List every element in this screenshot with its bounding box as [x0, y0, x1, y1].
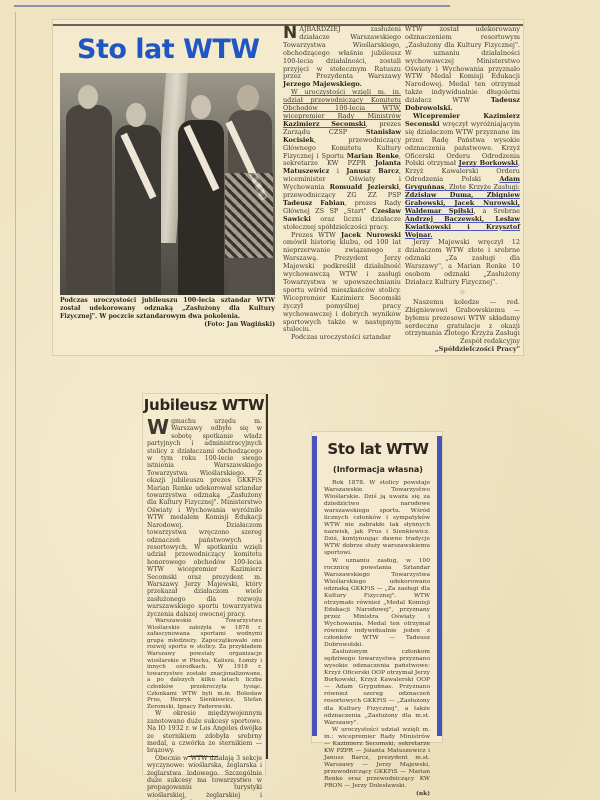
person-head: [237, 85, 259, 111]
author-signature: (nk): [324, 790, 430, 797]
clipping-sto-lat-wtw-main: Sto lat WTW Podczas uroczystości jubileu…: [53, 20, 523, 355]
clipping-jubileusz-wtw: Jubileusz WTW Wgmachu urzędu m. Warszawy…: [143, 394, 265, 774]
drop-cap: N: [283, 26, 297, 41]
vertical-rule: [266, 394, 268, 759]
article-body: Wgmachu urzędu m. Warszawy odbyło się w …: [147, 418, 262, 800]
article-body: Rok 1878. W stolicy powstaje Warszawskie…: [324, 480, 430, 797]
subheadline: (Informacja własna): [322, 465, 434, 474]
person-head: [126, 103, 146, 127]
article-column-2: WTW został udekorowany odznaczeniem reso…: [405, 26, 520, 354]
ceremony-photo: [60, 73, 275, 295]
plaid-skirt: [225, 173, 273, 258]
person-head: [78, 85, 98, 109]
drop-cap: W: [147, 418, 169, 436]
photo-caption: Podczas uroczystości jubileuszu 100-leci…: [60, 297, 275, 329]
blue-border-left: [312, 436, 317, 736]
star-separator-icon: ☆: [405, 289, 520, 297]
article-column-1: NAJBARDZIEJ zasłużeni działacze Warszaws…: [283, 26, 401, 342]
person-figure: [178, 120, 224, 295]
blue-border-right: [437, 436, 442, 736]
headline: Sto lat WTW: [77, 34, 260, 65]
person-figure: [66, 105, 112, 295]
headline: Jubileusz WTW: [143, 396, 265, 414]
album-left-rule: [15, 12, 16, 792]
end-rule: [188, 756, 218, 757]
person-figure: [115, 125, 161, 295]
photo-credit: (Foto: Jan Wagiński): [204, 321, 275, 329]
album-top-rule: [14, 5, 450, 7]
person-head: [191, 95, 211, 119]
clipping-sto-lat-wtw-informacja: Sto lat WTW (Informacja własna) Rok 1878…: [312, 432, 442, 742]
headline: Sto lat WTW: [322, 440, 434, 458]
